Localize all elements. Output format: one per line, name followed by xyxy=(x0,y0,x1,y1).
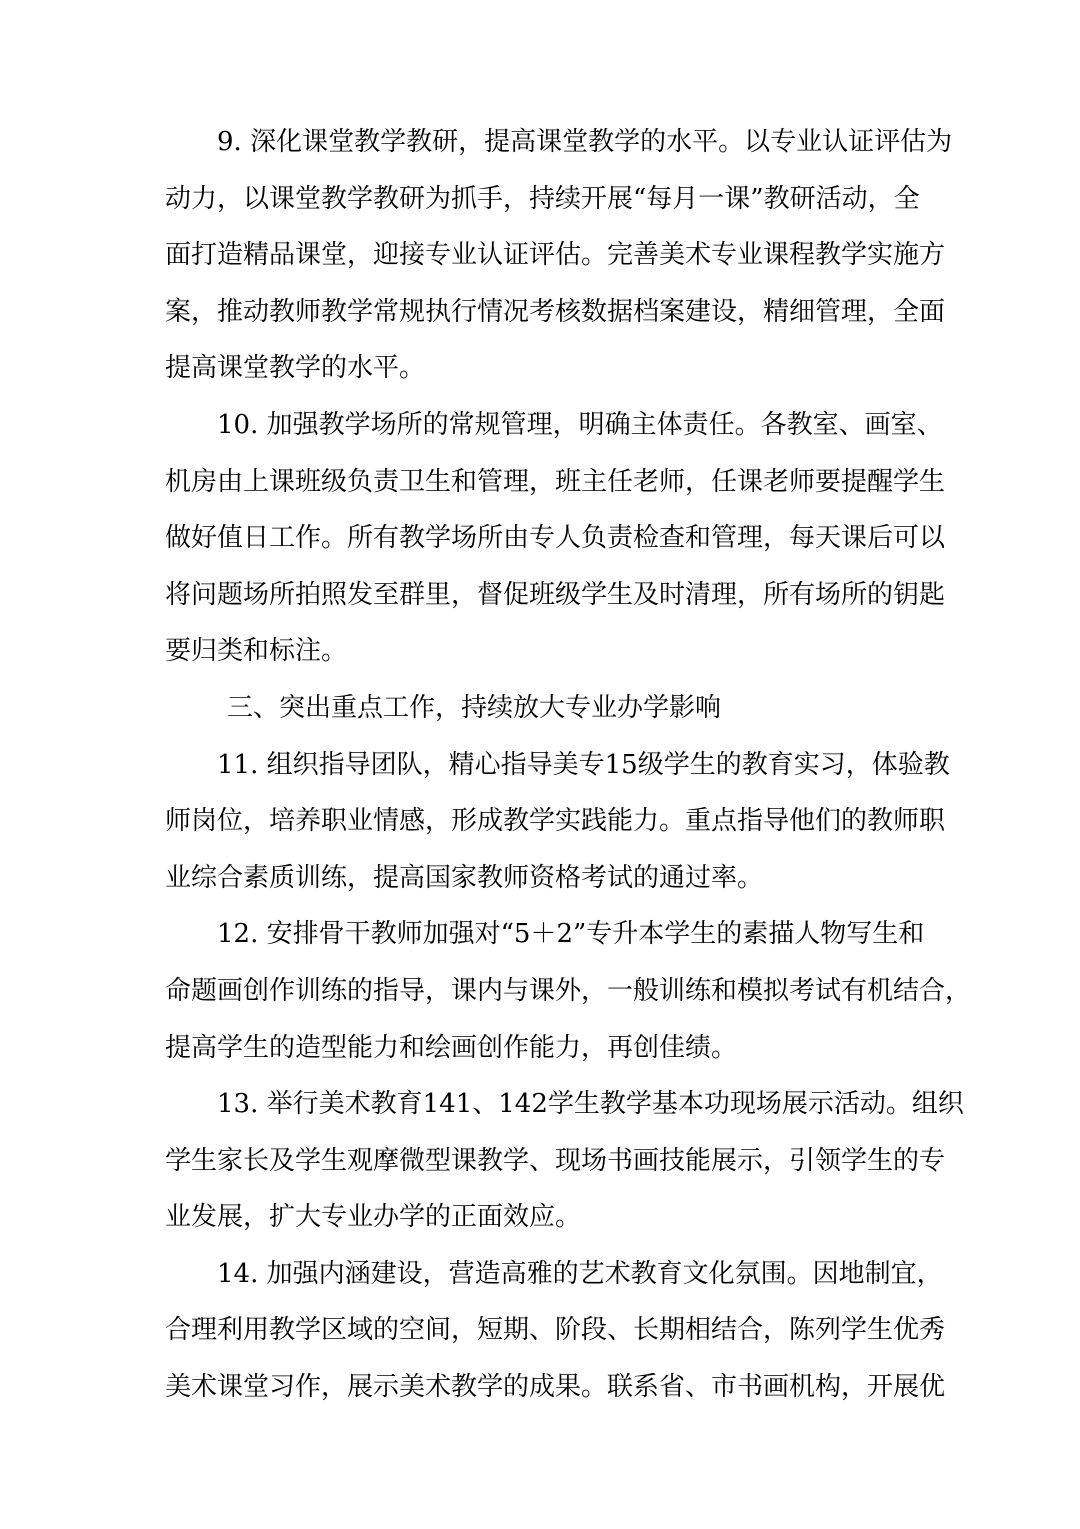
paragraph-14: 14. 加强内涵建设，营造高雅的艺术教育文化氛围。因地制宜， 合理利用教学区域的… xyxy=(165,1254,917,1424)
paragraph-line: 机房由上课班级负责卫生和管理，班主任老师，任课老师要提醒学生 xyxy=(165,462,917,519)
paragraph-line: 师岗位，培养职业情感，形成教学实践能力。重点指导他们的教师职 xyxy=(165,801,917,858)
paragraph-line: 12. 安排骨干教师加强对“5＋2”专升本学生的素描人物写生和 xyxy=(165,914,917,971)
document-body: 9. 深化课堂教学教研，提高课堂教学的水平。以专业认证评估为 动力，以课堂教学教… xyxy=(165,122,917,1424)
paragraph-line: 提高学生的造型能力和绘画创作能力，再创佳绩。 xyxy=(165,1028,917,1085)
paragraph-line: 提高课堂教学的水平。 xyxy=(165,348,917,405)
paragraph-line: 业发展，扩大专业办学的正面效应。 xyxy=(165,1197,917,1254)
paragraph-line: 10. 加强教学场所的常规管理，明确主体责任。各教室、画室、 xyxy=(165,405,917,462)
paragraph-line: 9. 深化课堂教学教研，提高课堂教学的水平。以专业认证评估为 xyxy=(165,122,917,179)
paragraph-line: 11. 组织指导团队，精心指导美专15级学生的教育实习，体验教 xyxy=(165,745,917,802)
paragraph-line: 学生家长及学生观摩微型课教学、现场书画技能展示，引领学生的专 xyxy=(165,1141,917,1198)
paragraph-line: 业综合素质训练，提高国家教师资格考试的通过率。 xyxy=(165,858,917,915)
section-heading: 三、突出重点工作，持续放大专业办学影响 xyxy=(165,688,917,745)
paragraph-line: 将问题场所拍照发至群里，督促班级学生及时清理，所有场所的钥匙 xyxy=(165,575,917,632)
paragraph-11: 11. 组织指导团队，精心指导美专15级学生的教育实习，体验教 师岗位，培养职业… xyxy=(165,745,917,915)
paragraph-13: 13. 举行美术教育141、142学生教学基本功现场展示活动。组织 学生家长及学… xyxy=(165,1084,917,1254)
paragraph-line: 13. 举行美术教育141、142学生教学基本功现场展示活动。组织 xyxy=(165,1084,917,1141)
paragraph-line: 动力，以课堂教学教研为抓手，持续开展“每月一课”教研活动，全 xyxy=(165,179,917,236)
paragraph-line: 合理利用教学区域的空间，短期、阶段、长期相结合，陈列学生优秀 xyxy=(165,1310,917,1367)
paragraph-line: 美术课堂习作，展示美术教学的成果。联系省、市书画机构，开展优 xyxy=(165,1367,917,1424)
paragraph-line: 做好值日工作。所有教学场所由专人负责检查和管理，每天课后可以 xyxy=(165,518,917,575)
paragraph-line: 14. 加强内涵建设，营造高雅的艺术教育文化氛围。因地制宜， xyxy=(165,1254,917,1311)
paragraph-12: 12. 安排骨干教师加强对“5＋2”专升本学生的素描人物写生和 命题画创作训练的… xyxy=(165,914,917,1084)
paragraph-10: 10. 加强教学场所的常规管理，明确主体责任。各教室、画室、 机房由上课班级负责… xyxy=(165,405,917,688)
paragraph-9: 9. 深化课堂教学教研，提高课堂教学的水平。以专业认证评估为 动力，以课堂教学教… xyxy=(165,122,917,405)
paragraph-line: 案，推动教师教学常规执行情况考核数据档案建设，精细管理，全面 xyxy=(165,292,917,349)
document-page: 9. 深化课堂教学教研，提高课堂教学的水平。以专业认证评估为 动力，以课堂教学教… xyxy=(0,0,1080,1529)
paragraph-line: 命题画创作训练的指导，课内与课外，一般训练和模拟考试有机结合， xyxy=(165,971,917,1028)
paragraph-line: 面打造精品课堂，迎接专业认证评估。完善美术专业课程教学实施方 xyxy=(165,235,917,292)
paragraph-line: 要归类和标注。 xyxy=(165,631,917,688)
